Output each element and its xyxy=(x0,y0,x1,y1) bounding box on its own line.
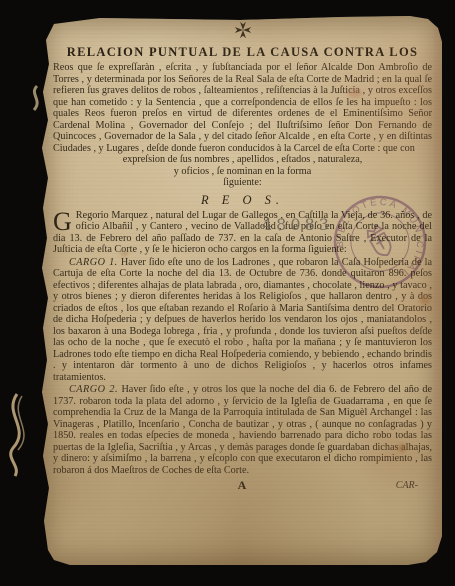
binding-thread-small xyxy=(28,84,46,112)
drop-cap: G xyxy=(53,210,76,232)
photo-stage: RELACION PUNTUAL DE LA CAUSA CONTRA LOS … xyxy=(0,0,455,586)
signature-mark: A xyxy=(53,478,432,493)
header-ornament-row xyxy=(53,21,432,39)
catchword: CAR- xyxy=(396,480,418,491)
cargo-2-paragraph: CARGO 2. Haver ſido eſte , y otros los q… xyxy=(53,384,432,476)
stamp-crest-icon xyxy=(365,224,394,259)
cargo-1-label: CARGO 1. xyxy=(69,257,118,268)
document-title: RELACION PUNTUAL DE LA CAUSA CONTRA LOS xyxy=(53,45,432,60)
maltese-cross-icon xyxy=(233,21,253,39)
cargo-2-text: Haver ſido eſte , y otros los que la noc… xyxy=(53,384,432,476)
intro-paragraph: Reos que ſe expreſſaràn , eſcrita , y ſu… xyxy=(53,62,432,154)
page-footer: A CAR- xyxy=(53,478,432,494)
cargo-2-label: CARGO 2. xyxy=(69,384,118,395)
intro-taper-line-2: y oficios , ſe nominan en la forma xyxy=(53,166,432,178)
binding-thread xyxy=(1,392,39,480)
intro-taper-line-1: expreſsion de ſus nombres , apellidos , … xyxy=(53,154,432,166)
